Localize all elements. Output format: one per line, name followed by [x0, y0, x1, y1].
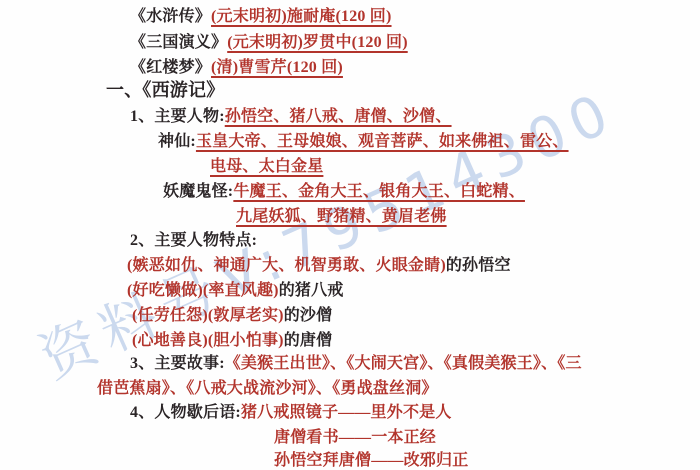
text-segment: 孙悟空、猪八戒、唐僧、沙僧、 [225, 108, 452, 125]
text-segment: 电母、太白金星 [210, 158, 323, 175]
text-line: 3、主要故事:《美猴王出世》、《大闹天宫》、《真假美猴王》、《三 [130, 353, 582, 374]
text-segment: 的猪八戒 [279, 282, 344, 299]
text-segment: 神仙: [158, 133, 196, 150]
text-segment: (清)曹雪芹(120 回) [211, 59, 343, 76]
text-segment: 妖魔鬼怪: [163, 183, 233, 200]
text-line: 《红楼梦》(清)曹雪芹(120 回) [130, 57, 343, 78]
text-segment: 一、《西游记》 [106, 80, 224, 100]
text-segment: (心地善良)(胆小怕事) [132, 332, 284, 349]
text-line: 4、人物歇后语:猪八戒照镜子——里外不是人 [130, 402, 452, 423]
text-segment: 九尾妖狐、野猪精、黄眉老佛 [236, 208, 447, 225]
text-line: 孙悟空拜唐僧——改邪归正 [274, 450, 468, 470]
text-segment: 3、主要故事: [130, 355, 225, 372]
text-line: 九尾妖狐、野猪精、黄眉老佛 [236, 206, 447, 227]
text-segment: (嫉恶如仇、神通广大、机智勇敢、火眼金睛) [127, 257, 446, 274]
text-segment: 《美猴王出世》、《大闹天宫》、《真假美猴王》、《三 [225, 355, 582, 372]
text-segment: 的沙僧 [284, 307, 333, 324]
text-segment: 《三国演义》 [130, 34, 227, 51]
text-segment: 玉皇大帝、王母娘娘、观音菩萨、如来佛祖、雷公、 [196, 133, 569, 150]
text-segment: 《红楼梦》 [130, 59, 211, 76]
text-line: 妖魔鬼怪:牛魔王、金角大王、银角大王、白蛇精、 [163, 181, 525, 202]
text-segment: 的孙悟空 [446, 257, 511, 274]
text-segment: 孙悟空拜唐僧——改邪归正 [274, 452, 468, 469]
text-segment: 《水浒传》 [130, 8, 211, 25]
text-segment: (任劳任怨)(敦厚老实) [132, 307, 284, 324]
text-segment: 唐僧看书——一本正经 [274, 429, 436, 446]
text-segment: (元末明初)罗贯中(120 回) [227, 34, 408, 51]
text-segment: 2、主要人物特点: [130, 232, 257, 249]
text-segment: (好吃懒做)(率直风趣) [127, 282, 279, 299]
text-line: (好吃懒做)(率直风趣)的猪八戒 [127, 280, 344, 301]
text-segment: 4、人物歇后语: [130, 404, 241, 421]
text-line: 神仙:玉皇大帝、王母娘娘、观音菩萨、如来佛祖、雷公、 [158, 131, 569, 152]
text-segment: (元末明初)施耐庵(120 回) [211, 8, 392, 25]
text-line: (任劳任怨)(敦厚老实)的沙僧 [132, 305, 332, 326]
text-line: (嫉恶如仇、神通广大、机智勇敢、火眼金睛)的孙悟空 [127, 255, 511, 276]
text-line: 1、主要人物:孙悟空、猪八戒、唐僧、沙僧、 [130, 106, 452, 127]
text-line: 一、《西游记》 [106, 80, 224, 101]
text-segment: 猪八戒照镜子——里外不是人 [241, 404, 452, 421]
text-line: 电母、太白金星 [210, 156, 323, 177]
text-line: 借芭蕉扇》、《八戒大战流沙河》、《勇战盘丝洞》 [97, 378, 438, 399]
text-line: 《水浒传》(元末明初)施耐庵(120 回) [130, 6, 392, 27]
text-segment: 的唐僧 [284, 332, 333, 349]
text-line: 《三国演义》(元末明初)罗贯中(120 回) [130, 32, 408, 53]
text-line: 唐僧看书——一本正经 [274, 427, 436, 448]
document-lines: 《水浒传》(元末明初)施耐庵(120 回)《三国演义》(元末明初)罗贯中(120… [0, 0, 700, 470]
text-line: (心地善良)(胆小怕事)的唐僧 [132, 330, 332, 351]
text-segment: 牛魔王、金角大王、银角大王、白蛇精、 [233, 183, 525, 200]
text-segment: 借芭蕉扇》、《八戒大战流沙河》、《勇战盘丝洞》 [97, 380, 438, 397]
text-line: 2、主要人物特点: [130, 230, 257, 251]
text-segment: 1、主要人物: [130, 108, 225, 125]
document-page: 资料号V:79514300 《水浒传》(元末明初)施耐庵(120 回)《三国演义… [0, 0, 700, 470]
